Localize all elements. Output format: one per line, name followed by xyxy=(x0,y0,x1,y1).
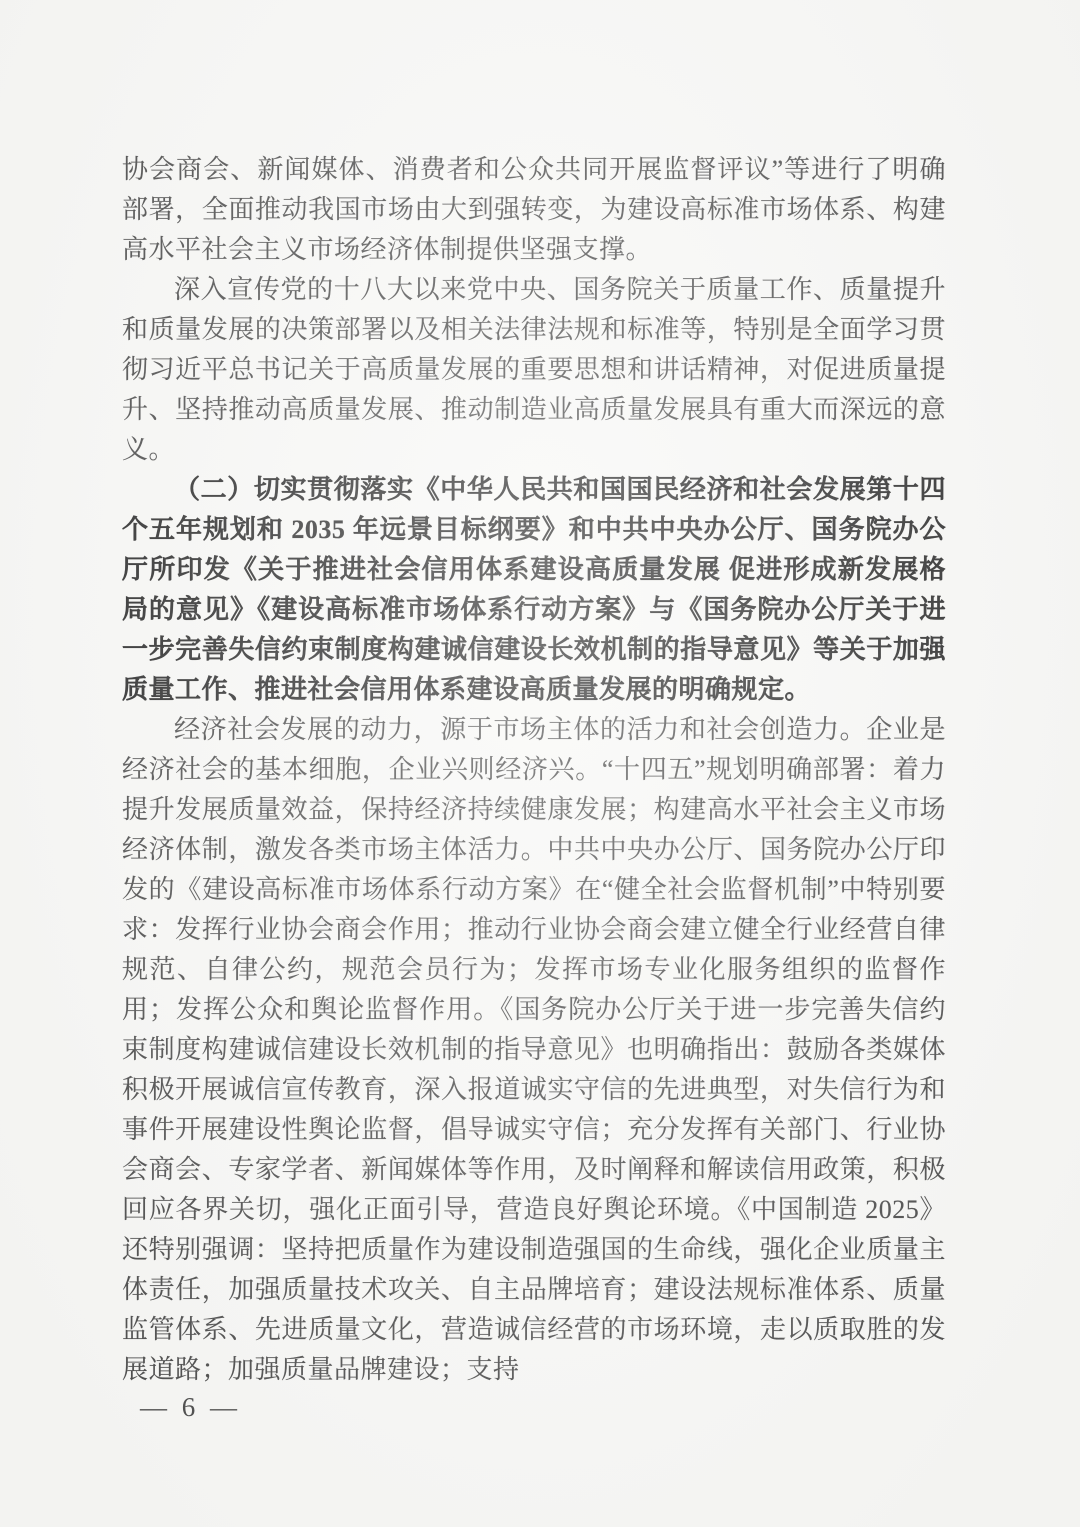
section-heading-two: （二）切实贯彻落实《中华人民共和国国民经济和社会发展第十四个五年规划和 2035… xyxy=(122,470,946,710)
paragraph-publicity: 深入宣传党的十八大以来党中央、国务院关于质量工作、质量提升和质量发展的决策部署以… xyxy=(122,270,946,470)
paragraph-economy: 经济社会发展的动力，源于市场主体的活力和社会创造力。企业是经济社会的基本细胞，企… xyxy=(122,710,946,1390)
paragraph-continuation: 协会商会、新闻媒体、消费者和公众共同开展监督评议”等进行了明确部署，全面推动我国… xyxy=(122,150,946,270)
document-body: 协会商会、新闻媒体、消费者和公众共同开展监督评议”等进行了明确部署，全面推动我国… xyxy=(122,150,946,1390)
page-number: — 6 — xyxy=(140,1392,241,1423)
scanned-document-page: 协会商会、新闻媒体、消费者和公众共同开展监督评议”等进行了明确部署，全面推动我国… xyxy=(0,0,1080,1527)
